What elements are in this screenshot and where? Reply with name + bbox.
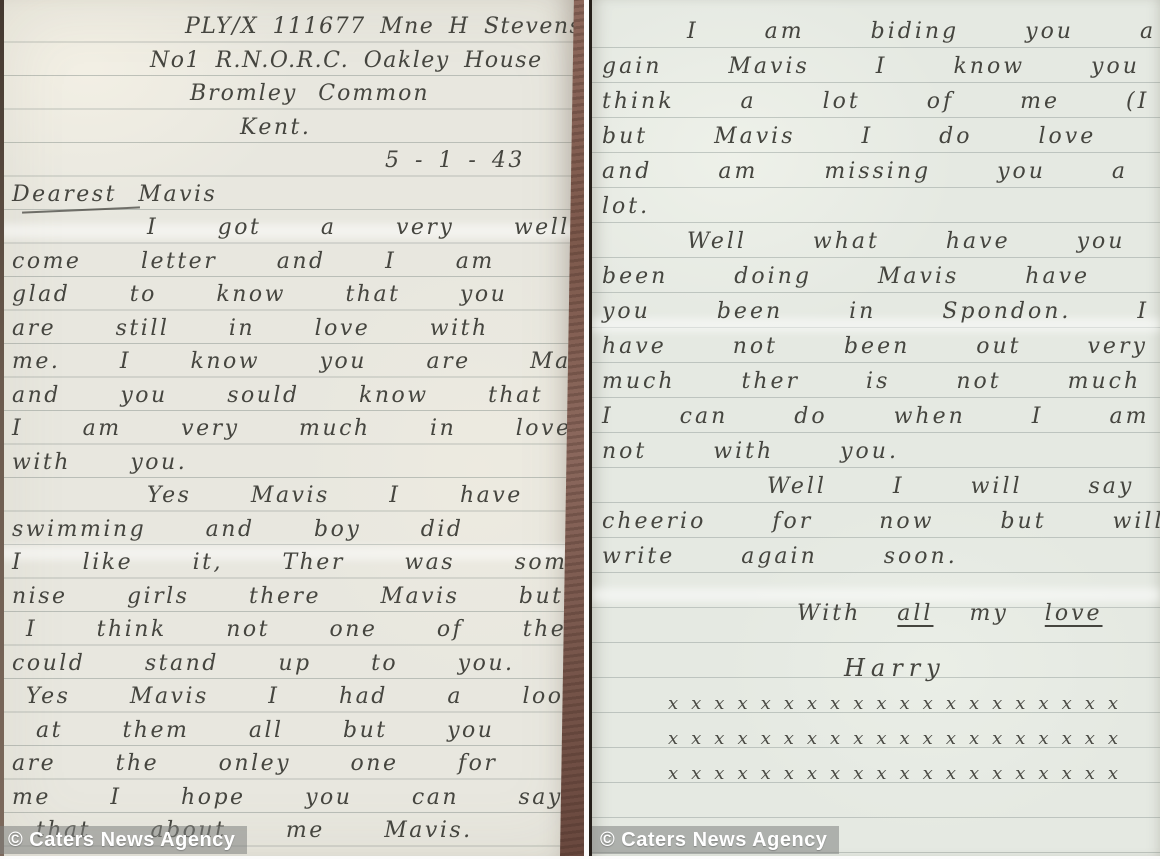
signature: Harry [592,651,1160,686]
letter-line: lot. [592,189,1160,224]
letter-body-page-1: PLY/X 111677 Mne H StevensonNo1 R.N.O.R.… [0,0,584,848]
watermark-text: © Caters News Agency [8,829,235,852]
letter-line: me I hope you can say [0,781,584,815]
closing-word: my [969,601,1008,626]
letter-line: I like it, Ther was some [0,546,584,580]
kisses-row: xxxxxxxxxxxxxxxxxxxx [592,756,1160,791]
letter-line: 5 - 1 - 43 [0,144,584,178]
letter-page-2: I am biding you again Mavis I know youth… [589,0,1160,856]
letter-line: swimming and boy did [0,513,584,547]
letter-line: Bromley Common [0,77,584,111]
letter-line: are the onley one for [0,747,584,781]
paper-page-1: PLY/X 111677 Mne H StevensonNo1 R.N.O.R.… [0,0,584,856]
kisses-row: xxxxxxxxxxxxxxxxxxxx [592,721,1160,756]
letter-line: I can do when I am [592,399,1160,434]
letter-line: but Mavis I do love you [592,119,1160,154]
letter-line: Kent. [0,111,584,145]
letter-line: I got a very well [0,211,584,245]
letter-line: cheerio for now but will [592,504,1160,539]
photo-edge-left [0,0,4,856]
letter-line: nise girls there Mavis but [0,580,584,614]
letter-line: I am very much in love [0,412,584,446]
letter-line: not with you. [592,434,1160,469]
letter-line: gain Mavis I know you [592,49,1160,84]
closing-word-underlined: love [1045,601,1103,626]
letter-line: Yes Mavis I have been [0,479,584,513]
letter-line: glad to know that you [0,278,584,312]
paper-page-2: I am biding you again Mavis I know youth… [592,0,1160,856]
letter-line: I am biding you a [592,14,1160,49]
letter-line: at them all but you [0,714,584,748]
letter-line: been doing Mavis have [592,259,1160,294]
letter-page-1: PLY/X 111677 Mne H StevensonNo1 R.N.O.R.… [0,0,584,856]
letter-line: have not been out very [592,329,1160,364]
letter-line: Well I will say [592,469,1160,504]
letter-line: Yes Mavis I had a look [0,680,584,714]
watermark-caters-right: © Caters News Agency [592,826,839,854]
letter-line: me. I know you are Mavis [0,345,584,379]
letter-line: with you. [0,446,584,480]
letter-line: I think not one of them [0,613,584,647]
letter-line: No1 R.N.O.R.C. Oakley House [0,44,584,78]
letter-line: think a lot of me (I hope [592,84,1160,119]
letter-paragraphs: I am biding you again Mavis I know youth… [592,14,1160,574]
letter-line: you been in Spondon. I [592,294,1160,329]
watermark-text: © Caters News Agency [600,829,827,852]
letter-line: PLY/X 111677 Mne H Stevenson [0,10,584,44]
watermark-caters-left: © Caters News Agency [0,826,247,854]
letter-line: are still in love with [0,312,584,346]
letter-line: Well what have you [592,224,1160,259]
letter-line: much ther is not much [592,364,1160,399]
closing-word: With [797,601,861,626]
closing-line: With all my love [592,596,1160,631]
letter-line: Dearest Mavis [0,178,584,212]
letter-line: and am missing you a [592,154,1160,189]
letter-line: and you sould know that [0,379,584,413]
letter-line: come letter and I am [0,245,584,279]
closing-word-underlined: all [897,601,933,626]
kisses-block: xxxxxxxxxxxxxxxxxxxxxxxxxxxxxxxxxxxxxxxx… [592,686,1160,791]
kisses-row: xxxxxxxxxxxxxxxxxxxx [592,686,1160,721]
letter-photo-montage: PLY/X 111677 Mne H StevensonNo1 R.N.O.R.… [0,0,1160,859]
photo-edge-right-page [589,0,592,856]
letter-line: could stand up to you. [0,647,584,681]
letter-body-page-2: I am biding you again Mavis I know youth… [592,0,1160,791]
letter-line: write again soon. [592,539,1160,574]
